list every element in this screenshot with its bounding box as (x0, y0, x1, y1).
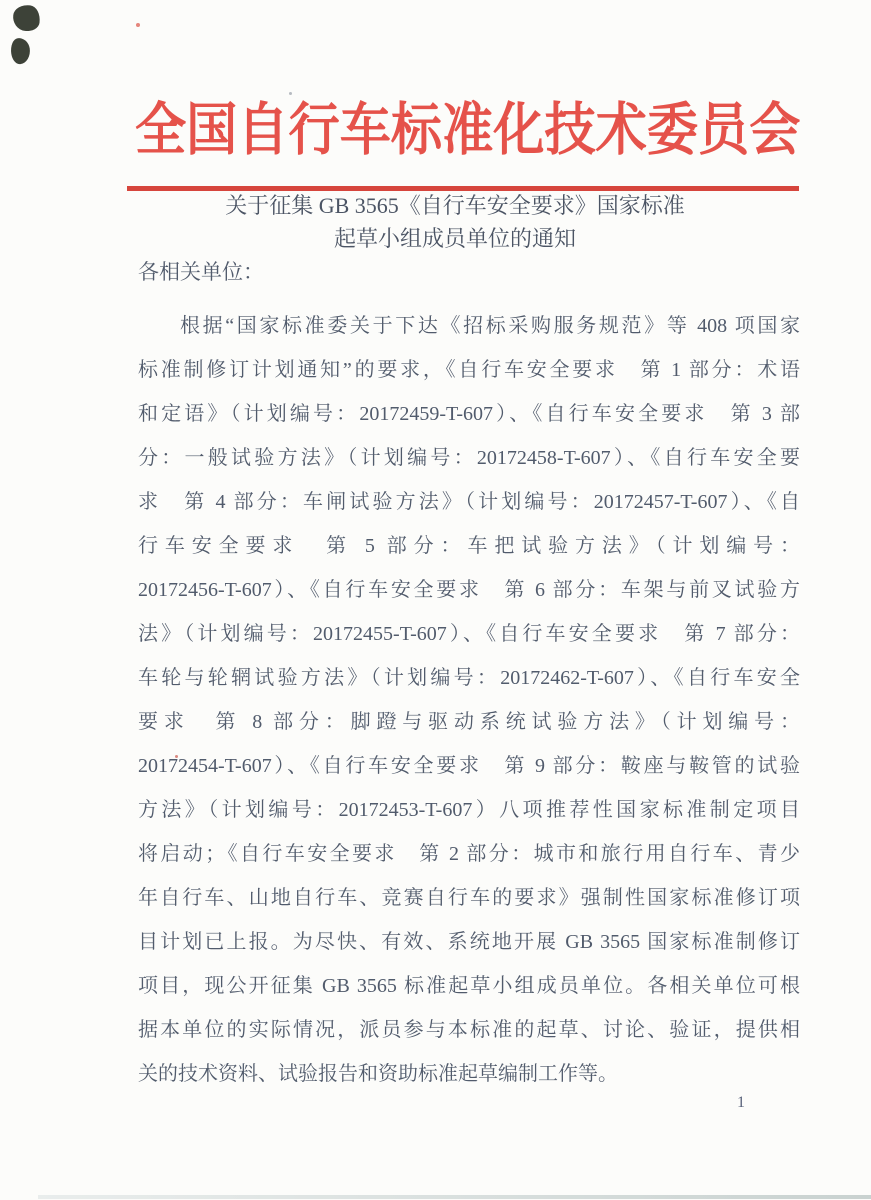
document-page: 全国自行车标准化技术委员会 关于征集 GB 3565《自行车安全要求》国家标准 … (0, 0, 871, 1200)
body-line: 20172456-T-607）、《自行车安全要求 第 6 部分：车架与前叉试验方 (138, 568, 800, 612)
scan-edge-shadow (38, 1195, 871, 1199)
body-line: 法》（计划编号：20172455-T-607）、《自行车安全要求 第 7 部分： (138, 612, 800, 656)
body-line: 要求 第 8 部分：脚蹬与驱动系统试验方法》（计划编号： (138, 700, 800, 744)
notice-title-line-1: 关于征集 GB 3565《自行车安全要求》国家标准 (124, 191, 786, 221)
body-line: 关的技术资料、试验报告和资助标准起草编制工作等。 (138, 1052, 800, 1096)
ink-smudge-bottom (9, 37, 31, 65)
body-line: 20172454-T-607）、《自行车安全要求 第 9 部分：鞍座与鞍管的试验 (138, 744, 800, 788)
body-line: 将启动；《自行车安全要求 第 2 部分：城市和旅行用自行车、青少 (138, 832, 800, 876)
body-line: 根据“国家标准委关于下达《招标采购服务规范》等 408 项国家 (138, 304, 800, 348)
body-paragraph: 根据“国家标准委关于下达《招标采购服务规范》等 408 项国家 标准制修订计划通… (138, 304, 800, 1096)
red-ink-speck-top (136, 23, 140, 27)
letterhead-committee-name: 全国自行车标准化技术委员会 (135, 101, 800, 161)
gray-ink-speck (289, 92, 292, 95)
body-line: 项目，现公开征集 GB 3565 标准起草小组成员单位。各相关单位可根 (138, 964, 800, 1008)
body-line: 行车安全要求 第 5 部分：车把试验方法》（计划编号： (138, 524, 800, 568)
body-line: 车轮与轮辋试验方法》（计划编号：20172462-T-607）、《自行车安全 (138, 656, 800, 700)
body-line: 分：一般试验方法》（计划编号：20172458-T-607）、《自行车安全要 (138, 436, 800, 480)
ink-smudge-top (12, 3, 42, 32)
notice-title-line-2: 起草小组成员单位的通知 (124, 224, 786, 254)
page-number: 1 (737, 1094, 745, 1112)
body-line: 求 第 4 部分：车闸试验方法》（计划编号：20172457-T-607）、《自 (138, 480, 800, 524)
body-line: 和定语》（计划编号：20172459-T-607）、《自行车安全要求 第 3 部 (138, 392, 800, 436)
body-line: 方法》（计划编号：20172453-T-607）八项推荐性国家标准制定项目 (138, 788, 800, 832)
salutation: 各相关单位： (138, 256, 264, 286)
body-line: 标准制修订计划通知”的要求，《自行车安全要求 第 1 部分：术语 (138, 348, 800, 392)
body-line: 目计划已上报。为尽快、有效、系统地开展 GB 3565 国家标准制修订 (138, 920, 800, 964)
body-line: 据本单位的实际情况，派员参与本标准的起草、讨论、验证，提供相 (138, 1008, 800, 1052)
body-line: 年自行车、山地自行车、竞赛自行车的要求》强制性国家标准修订项 (138, 876, 800, 920)
